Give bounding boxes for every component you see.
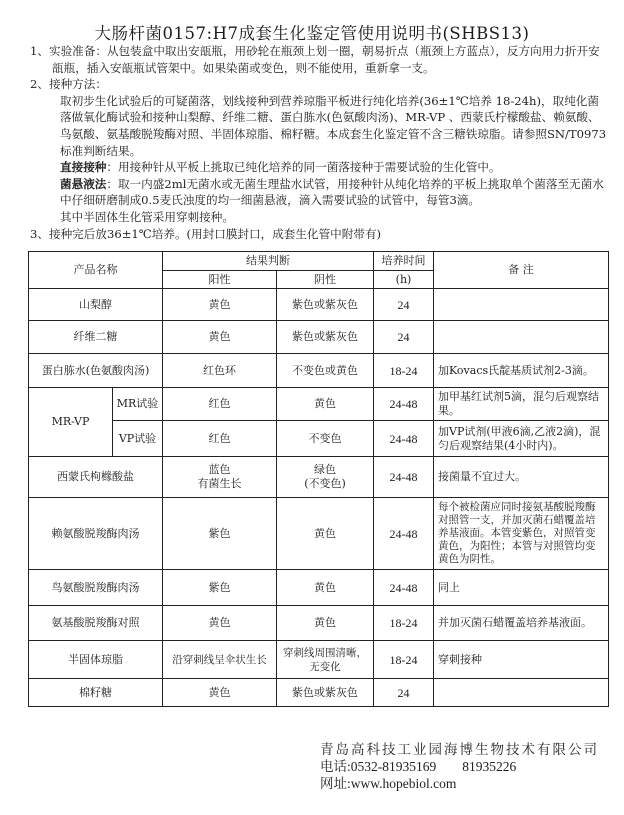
negative-result: 绿色(不变色) — [277, 457, 374, 498]
table-row: 赖氨酸脱羧酶肉汤 紫色 黄色 24-48 每个被检菌应同时接氨基酸脱羧酶对照管一… — [29, 498, 609, 570]
remark: 每个被检菌应同时接氨基酸脱羧酶对照管一支，并加灭菌石蜡覆盖培养基液面。本管变紫色… — [434, 498, 609, 570]
direct-inoculation-label: 直接接种 — [60, 160, 106, 174]
incubation-time: 18-24 — [374, 606, 434, 641]
remark: 同上 — [434, 570, 609, 606]
table-row: MR-VP MR试验 红色 黄色 24-48 加甲基红试剂5滴，混匀后观察结果。 — [29, 388, 609, 421]
step-1-text: 1、实验准备：从包装盒中取出安瓿瓶，用砂轮在瓶颈上划一圈，朝易折点（瓶颈上方蓝点… — [30, 43, 610, 76]
product-name: 蛋白胨水(色氨酸肉汤) — [29, 354, 163, 388]
header-note: 备 注 — [434, 252, 609, 289]
header-result: 结果判断 — [163, 252, 374, 271]
remark: 加甲基红试剂5滴，混匀后观察结果。 — [434, 388, 609, 421]
product-name: 西蒙氏枸橼酸盐 — [29, 457, 163, 498]
group-name: MR-VP — [29, 388, 113, 457]
website-link[interactable]: www.hopebiol.com — [351, 776, 457, 791]
table-header-row: 产品名称 结果判断 培养时间 备 注 — [29, 252, 609, 271]
incubation-time: 18-24 — [374, 354, 434, 388]
product-name: 棉籽糖 — [29, 679, 163, 707]
instructions: 1、实验准备：从包装盒中取出安瓿瓶，用砂轮在瓶颈上划一圈，朝易折点（瓶颈上方蓝点… — [30, 43, 610, 242]
table-row: 半固体琼脂 沿穿刺线呈伞状生长 穿刺线周围清晰，无变化 18-24 穿刺接种 — [29, 641, 609, 679]
product-name: 山梨醇 — [29, 289, 163, 321]
direct-inoculation: 直接接种：用接种针从平板上挑取已纯化培养的同一菌落接种于需要试验的生化管中。 — [30, 159, 610, 176]
website-label: 网址: — [320, 776, 351, 791]
header-negative: 阴性 — [277, 271, 374, 289]
product-name: 半固体琼脂 — [29, 641, 163, 679]
negative-result: 黄色 — [277, 388, 374, 421]
positive-result: 紫色 — [163, 498, 277, 570]
header-time-unit: (h) — [374, 271, 434, 289]
document-title: 大肠杆菌0157:H7成套生化鉴定管使用说明书(SHBS13) — [0, 20, 624, 44]
negative-result: 黄色 — [277, 570, 374, 606]
incubation-time: 24-48 — [374, 421, 434, 457]
phone-number-2: 81935226 — [462, 759, 516, 774]
table-row: 纤维二糖 黄色 紫色或紫灰色 24 — [29, 321, 609, 354]
remark: 加VP试剂(甲液6滴,乙液2滴)，混匀后观察结果(4小时内)。 — [434, 421, 609, 457]
remark: 穿刺接种 — [434, 641, 609, 679]
negative-line-1: 绿色 — [280, 463, 370, 477]
negative-result: 黄色 — [277, 606, 374, 641]
semisolid-note: 其中半固体生化管采用穿刺接种。 — [30, 209, 610, 226]
negative-line-2: (不变色) — [280, 477, 370, 491]
remark — [434, 289, 609, 321]
table-row: 棉籽糖 黄色 紫色或紫灰色 24 — [29, 679, 609, 707]
product-name: 纤维二糖 — [29, 321, 163, 354]
remark — [434, 321, 609, 354]
header-time: 培养时间 — [374, 252, 434, 271]
product-name: VP试验 — [113, 421, 163, 457]
remark: 接菌量不宜过大。 — [434, 457, 609, 498]
header-product: 产品名称 — [29, 252, 163, 289]
suspension-method-label: 菌悬液法 — [60, 177, 106, 191]
negative-result: 黄色 — [277, 498, 374, 570]
table-row: 氨基酸脱羧酶对照 黄色 黄色 18-24 并加灭菌石蜡覆盖培养基液面。 — [29, 606, 609, 641]
remark — [434, 679, 609, 707]
remark: 加Kovacs氏靛基质试剂2-3滴。 — [434, 354, 609, 388]
company-footer: 青岛高科技工业园海博生物技术有限公司 电话:0532-8193516981935… — [320, 741, 599, 792]
negative-result: 紫色或紫灰色 — [277, 321, 374, 354]
negative-result: 穿刺线周围清晰，无变化 — [277, 641, 374, 679]
positive-line-1: 蓝色 — [166, 463, 273, 477]
positive-result: 黄色 — [163, 679, 277, 707]
positive-result: 黄色 — [163, 321, 277, 354]
table-row: 蛋白胨水(色氨酸肉汤) 红色环 不变色或黄色 18-24 加Kovacs氏靛基质… — [29, 354, 609, 388]
product-name: 赖氨酸脱羧酶肉汤 — [29, 498, 163, 570]
negative-result: 不变色 — [277, 421, 374, 457]
positive-result: 红色 — [163, 388, 277, 421]
incubation-time: 24-48 — [374, 498, 434, 570]
step-3-text: 3、接种完后放36±1℃培养。(用封口膜封口，成套生化管中附带有) — [30, 227, 381, 241]
product-name: MR试验 — [113, 388, 163, 421]
incubation-time: 24 — [374, 321, 434, 354]
table-row: 山梨醇 黄色 紫色或紫灰色 24 — [29, 289, 609, 321]
incubation-time: 24 — [374, 679, 434, 707]
positive-line-2: 有菌生长 — [166, 477, 273, 491]
positive-result: 黄色 — [163, 289, 277, 321]
suspension-method: 菌悬液法：取一内盛2ml无菌水或无菌生理盐水试管，用接种针从纯化培养的平板上挑取… — [30, 176, 610, 209]
positive-result: 沿穿刺线呈伞状生长 — [163, 641, 277, 679]
phone-line: 电话:0532-8193516981935226 — [320, 758, 599, 775]
website-line: 网址:www.hopebiol.com — [320, 775, 599, 792]
phone-number-1: 0532-81935169 — [351, 759, 437, 774]
step-2-body: 取初步生化试验后的可疑菌落，划线接种到营养琼脂平板进行纯化培养(36±1℃培养 … — [30, 93, 610, 159]
positive-result: 红色 — [163, 421, 277, 457]
results-table: 产品名称 结果判断 培养时间 备 注 阳性 阴性 (h) 山梨醇 黄色 紫色或紫… — [28, 251, 609, 707]
incubation-time: 24 — [374, 289, 434, 321]
product-name: 氨基酸脱羧酶对照 — [29, 606, 163, 641]
product-name: 鸟氨酸脱羧酶肉汤 — [29, 570, 163, 606]
positive-result: 红色环 — [163, 354, 277, 388]
positive-result: 蓝色有菌生长 — [163, 457, 277, 498]
positive-result: 紫色 — [163, 570, 277, 606]
negative-result: 不变色或黄色 — [277, 354, 374, 388]
table-row: 西蒙氏枸橼酸盐 蓝色有菌生长 绿色(不变色) 24-48 接菌量不宜过大。 — [29, 457, 609, 498]
negative-result: 紫色或紫灰色 — [277, 289, 374, 321]
suspension-method-text: ：取一内盛2ml无菌水或无菌生理盐水试管，用接种针从纯化培养的平板上挑取单个菌落… — [60, 177, 604, 208]
incubation-time: 24-48 — [374, 457, 434, 498]
header-positive: 阳性 — [163, 271, 277, 289]
incubation-time: 24-48 — [374, 570, 434, 606]
table-row: VP试验 红色 不变色 24-48 加VP试剂(甲液6滴,乙液2滴)，混匀后观察… — [29, 421, 609, 457]
remark: 并加灭菌石蜡覆盖培养基液面。 — [434, 606, 609, 641]
table-row: 鸟氨酸脱羧酶肉汤 紫色 黄色 24-48 同上 — [29, 570, 609, 606]
positive-result: 黄色 — [163, 606, 277, 641]
incubation-time: 18-24 — [374, 641, 434, 679]
phone-label: 电话: — [320, 759, 351, 774]
incubation-time: 24-48 — [374, 388, 434, 421]
direct-inoculation-text: ：用接种针从平板上挑取已纯化培养的同一菌落接种于需要试验的生化管中。 — [106, 160, 500, 174]
step-2-heading: 2、接种方法： — [30, 77, 107, 91]
negative-result: 紫色或紫灰色 — [277, 679, 374, 707]
company-name: 青岛高科技工业园海博生物技术有限公司 — [320, 741, 599, 758]
